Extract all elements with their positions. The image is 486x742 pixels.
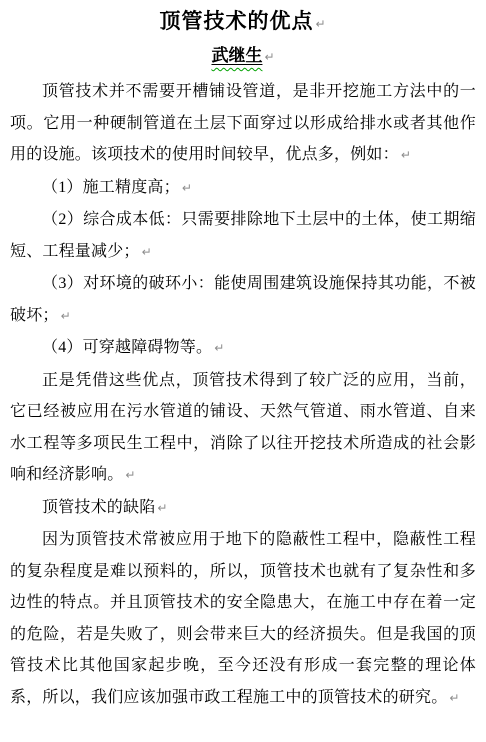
paragraph-mark-icon: ↵ — [214, 333, 224, 365]
paragraph-mark-icon: ↵ — [142, 237, 152, 269]
author-line: 武继生↵ — [10, 41, 476, 72]
document-body: 顶管技术并不需要开槽铺设管道，是非开挖施工方法中的一项。它用一种硬制管道在土层下… — [10, 76, 476, 714]
paragraph: （2）综合成本低：只需要排除地下土层中的土体，使工期缩短、工程量减少；↵ — [10, 204, 476, 268]
paragraph: 因为顶管技术常被应用于地下的隐蔽性工程中，隐蔽性工程的复杂程度是难以预料的，所以… — [10, 524, 476, 714]
paragraph-text: 顶管技术的缺陷 — [42, 499, 155, 516]
author-name: 武继生 — [211, 46, 262, 65]
paragraph: 顶管技术并不需要开槽铺设管道，是非开挖施工方法中的一项。它用一种硬制管道在土层下… — [10, 76, 476, 172]
paragraph-mark-icon: ↵ — [125, 460, 135, 492]
paragraph: （1）施工精度高；↵ — [10, 172, 476, 205]
paragraph-mark-icon: ↵ — [61, 301, 71, 333]
document-page: 顶管技术的优点↵ 武继生↵ 顶管技术并不需要开槽铺设管道，是非开挖施工方法中的一… — [0, 0, 486, 742]
paragraph-text: 因为顶管技术常被应用于地下的隐蔽性工程中，隐蔽性工程的复杂程度是难以预料的，所以… — [10, 531, 476, 706]
paragraph: （4）可穿越障碍物等。↵ — [10, 332, 476, 365]
paragraph-text: （1）施工精度高； — [42, 179, 180, 196]
paragraph: （3）对环境的破环小：能使周围建筑设施保持其功能，不被破坏；↵ — [10, 268, 476, 332]
paragraph-mark-icon: ↵ — [157, 493, 167, 525]
paragraph-text: （4）可穿越障碍物等。 — [42, 339, 212, 356]
paragraph: 正是凭借这些优点，顶管技术得到了较广泛的应用，当前，它已经被应用在污水管道的铺设… — [10, 365, 476, 492]
paragraph-text: 正是凭借这些优点，顶管技术得到了较广泛的应用，当前，它已经被应用在污水管道的铺设… — [10, 372, 476, 484]
paragraph-mark-icon: ↵ — [449, 683, 459, 715]
paragraph-mark-icon: ↵ — [315, 7, 326, 41]
paragraph-mark-icon: ↵ — [264, 42, 274, 72]
paragraph-mark-icon: ↵ — [401, 140, 411, 172]
paragraph-text: （2）综合成本低：只需要排除地下土层中的土体，使工期缩短、工程量减少； — [10, 211, 476, 260]
paragraph-mark-icon: ↵ — [182, 173, 192, 205]
paragraph-text: （3）对环境的破环小：能使周围建筑设施保持其功能，不被破坏； — [10, 275, 476, 324]
paragraph: 顶管技术的缺陷↵ — [10, 492, 476, 525]
document-title: 顶管技术的优点↵ — [10, 4, 476, 41]
spellcheck-wavy-underline: 武继生 — [211, 46, 262, 65]
document-title-text: 顶管技术的优点 — [159, 9, 313, 33]
